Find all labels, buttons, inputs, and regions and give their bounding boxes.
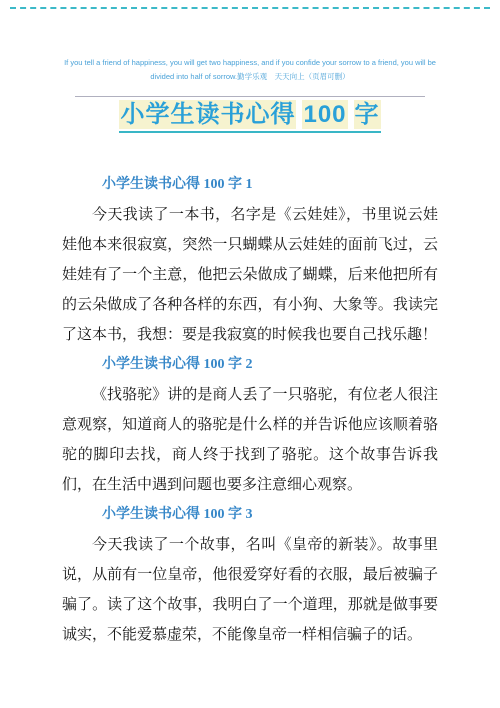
document-body: 小学生读书心得 100 字 1 今天我读了一本书，名字是《云娃娃》，书里说云娃娃… [62, 170, 438, 650]
section-heading-3: 小学生读书心得 100 字 3 [102, 500, 438, 530]
header-divider-line [75, 96, 425, 97]
section-paragraph-2: 《找骆驼》讲的是商人丢了一只骆驼，有位老人很注意观察，知道商人的骆驼是什么样的并… [62, 380, 438, 500]
section-paragraph-3: 今天我读了一个故事，名叫《皇帝的新装》。故事里说，从前有一位皇帝，他很爱穿好看的… [62, 530, 438, 650]
page-title-suffix: 字 [354, 100, 381, 129]
page-title-number: 100 [302, 100, 347, 129]
header-note-line2: divided into half of sorrow.勤学乐观 天天向上（页眉… [50, 70, 450, 84]
top-dashed-divider [10, 7, 490, 9]
page-header-note: If you tell a friend of happiness, you w… [50, 56, 450, 84]
document-page: If you tell a friend of happiness, you w… [0, 0, 500, 708]
section-heading-1: 小学生读书心得 100 字 1 [102, 170, 438, 200]
header-note-line1: If you tell a friend of happiness, you w… [50, 56, 450, 70]
page-title: 小学生读书心得100字 [0, 101, 500, 133]
section-heading-2: 小学生读书心得 100 字 2 [102, 350, 438, 380]
page-title-underline: 小学生读书心得100字 [119, 101, 380, 133]
section-paragraph-1: 今天我读了一本书，名字是《云娃娃》，书里说云娃娃他本来很寂寞，突然一只蝴蝶从云娃… [62, 200, 438, 350]
page-title-text: 小学生读书心得 [119, 100, 296, 129]
